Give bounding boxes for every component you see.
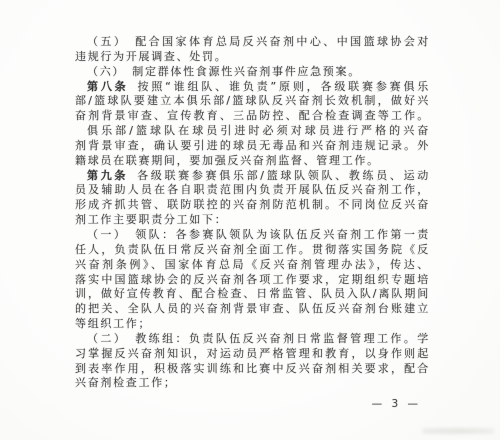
text-line: 落实中国篮球协会的反兴奋剂各项工作要求，定期组织专题培 xyxy=(75,273,430,288)
text-line: 习掌握反兴奋剂知识，对运动员严格管理和教育，以身作则起 xyxy=(75,347,430,362)
line-text: （六） 制定群体性食源性兴奋剂事件应急预案。 xyxy=(87,65,361,78)
text-line: 形成齐抓共管、联防联控的兴奋剂防范机制。不同岗位反兴奋 xyxy=(75,198,430,213)
text-line: 第八条按照“谁组队、谁负责”原则，各级联赛参赛俱乐 xyxy=(75,80,430,95)
text-line: 员及辅助人员在各自职责范围内负责开展队伍反兴奋剂工作， xyxy=(75,183,430,198)
line-text: 剂工作主要职责分工如下： xyxy=(75,213,227,226)
line-text: 落实中国篮球协会的反兴奋剂各项工作要求，定期组织专题培 xyxy=(75,273,430,286)
text-line: 到表率作用，积极落实训练和比赛中反兴奋剂相关要求，配合 xyxy=(75,362,430,377)
line-text: 籍球员在联赛期间，要加强反兴奋剂监督、管理工作。 xyxy=(75,154,380,167)
line-text: 等组织工作； xyxy=(75,317,151,330)
text-line: 俱乐部/篮球队在球员引进时必须对球员进行严格的兴奋 xyxy=(75,124,430,139)
text-line: （一） 领队：各参赛队领队为该队伍反兴奋剂工作第一责 xyxy=(75,228,430,243)
text-line: 奋剂背景审查、宣传教育、三品防控、配合检查调查等工作。 xyxy=(75,109,430,124)
article-number-bold: 第九条 xyxy=(87,169,128,182)
line-text: 奋剂背景审查、宣传教育、三品防控、配合检查调查等工作。 xyxy=(75,109,430,122)
watermark-smudge xyxy=(422,428,494,434)
line-text: 员及辅助人员在各自职责范围内负责开展队伍反兴奋剂工作， xyxy=(75,183,430,196)
text-line: 部/篮球队要建立本俱乐部/篮球队反兴奋剂长效机制，做好兴 xyxy=(75,94,430,109)
line-text: 的把关、全队人员的兴奋剂背景审查、队伍反兴奋剂台账建立 xyxy=(75,302,430,315)
line-text: （一） 领队：各参赛队领队为该队伍反兴奋剂工作第一责 xyxy=(87,228,430,241)
line-text: 形成齐抓共管、联防联控的兴奋剂防范机制。不同岗位反兴奋 xyxy=(75,198,430,211)
document-body: （五） 配合国家体育总局反兴奋剂中心、中国篮球协会对违规行为开展调查、处罚。（六… xyxy=(75,35,430,391)
text-line: 剂背景审查，确认要引进的球员无毒品和兴奋剂违规记录。外 xyxy=(75,139,430,154)
text-line: 剂工作主要职责分工如下： xyxy=(75,213,430,228)
line-text: 各级联赛参赛俱乐部/篮球队领队、教练员、运动 xyxy=(137,169,430,182)
line-text: 俱乐部/篮球队在球员引进时必须对球员进行严格的兴奋 xyxy=(87,124,430,137)
line-text: 到表率作用，积极落实训练和比赛中反兴奋剂相关要求，配合 xyxy=(75,362,430,375)
text-line: 籍球员在联赛期间，要加强反兴奋剂监督、管理工作。 xyxy=(75,154,430,169)
line-text: 按照“谁组队、谁负责”原则，各级联赛参赛俱乐 xyxy=(138,80,431,93)
line-text: （二） 教练组：负责队伍反兴奋剂日常监督管理工作。学 xyxy=(87,332,430,345)
text-line: 第九条各级联赛参赛俱乐部/篮球队领队、教练员、运动 xyxy=(75,169,430,184)
line-text: 习掌握反兴奋剂知识，对运动员严格管理和教育，以身作则起 xyxy=(75,347,430,360)
line-text: 部/篮球队要建立本俱乐部/篮球队反兴奋剂长效机制，做好兴 xyxy=(75,94,430,107)
line-text: （五） 配合国家体育总局反兴奋剂中心、中国篮球协会对 xyxy=(87,35,430,48)
text-line: 兴奋剂检查工作； xyxy=(75,376,430,391)
text-line: 违规行为开展调查、处罚。 xyxy=(75,50,430,65)
text-line: （二） 教练组：负责队伍反兴奋剂日常监督管理工作。学 xyxy=(75,332,430,347)
text-line: 训，做好宣传教育、配合检查、日常监管、队员入队/离队期间 xyxy=(75,287,430,302)
article-number-bold: 第八条 xyxy=(87,80,129,93)
line-text: 训，做好宣传教育、配合检查、日常监管、队员入队/离队期间 xyxy=(75,287,430,300)
scanned-page: （五） 配合国家体育总局反兴奋剂中心、中国篮球协会对违规行为开展调查、处罚。（六… xyxy=(0,0,500,440)
line-text: 兴奋剂条例》、国家体育总局《反兴奋剂管理办法》，传达、 xyxy=(75,258,430,271)
line-text: 违规行为开展调查、处罚。 xyxy=(75,50,227,63)
page-number: — 3 — xyxy=(75,398,421,410)
text-line: （六） 制定群体性食源性兴奋剂事件应急预案。 xyxy=(75,65,430,80)
line-text: 兴奋剂检查工作； xyxy=(75,376,177,389)
text-line: 等组织工作； xyxy=(75,317,430,332)
line-text: 剂背景审查，确认要引进的球员无毒品和兴奋剂违规记录。外 xyxy=(75,139,430,152)
text-line: （五） 配合国家体育总局反兴奋剂中心、中国篮球协会对 xyxy=(75,35,430,50)
text-line: 的把关、全队人员的兴奋剂背景审查、队伍反兴奋剂台账建立 xyxy=(75,302,430,317)
line-text: 任人，负责队伍日常反兴奋剂全面工作。贯彻落实国务院《反 xyxy=(75,243,430,256)
text-line: 兴奋剂条例》、国家体育总局《反兴奋剂管理办法》，传达、 xyxy=(75,258,430,273)
text-line: 任人，负责队伍日常反兴奋剂全面工作。贯彻落实国务院《反 xyxy=(75,243,430,258)
